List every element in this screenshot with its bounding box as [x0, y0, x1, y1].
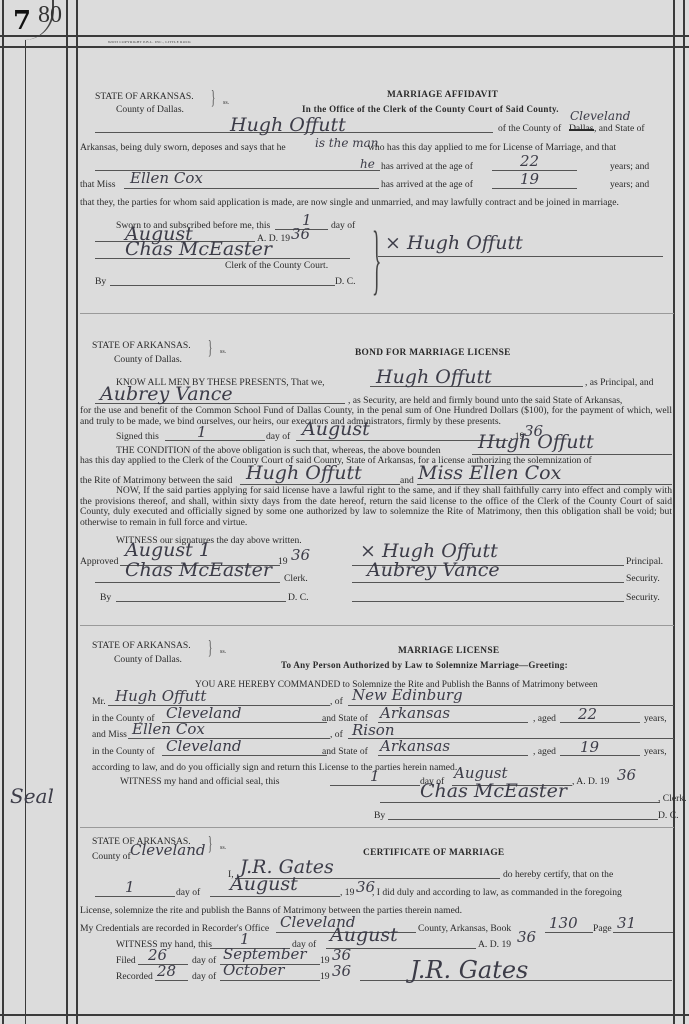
brace: }	[208, 337, 212, 360]
groom-name: Hugh Offutt	[115, 689, 206, 704]
section-title: MARRIAGE AFFIDAVIT	[387, 90, 498, 100]
margin-rule	[25, 40, 26, 1024]
ss-mark: ss.	[220, 649, 226, 655]
bride-county: Cleveland	[166, 739, 242, 754]
clerk-signature: Chas McEaster	[420, 782, 567, 801]
affiant-signature: × Hugh Offutt	[385, 234, 523, 253]
brace: }	[211, 87, 215, 110]
ss-mark: ss.	[220, 845, 226, 851]
bond-now-text: NOW, If the said parties applying for sa…	[80, 486, 672, 529]
security-signature: Aubrey Vance	[367, 561, 500, 580]
recorded-month: October	[223, 963, 284, 978]
page-number-record: 31	[617, 916, 636, 931]
margin-rule	[2, 0, 4, 1024]
clerk-signature: Chas McEaster	[125, 240, 272, 259]
bride-age: 19	[520, 172, 539, 187]
certificate-day: 1	[125, 880, 135, 895]
bond-fund-text: for the use and benefit of the Common Sc…	[80, 406, 672, 427]
witness-month: August	[330, 926, 398, 945]
marriage-record-form: STATE OF ARKANSAS. County of Dallas. } s…	[80, 58, 674, 1018]
certificate-section: STATE OF ARKANSAS. County of Cleveland }…	[80, 828, 674, 1018]
ss-mark: ss.	[223, 100, 229, 106]
state-label: STATE OF ARKANSAS.	[92, 641, 191, 652]
margin-rule	[66, 0, 68, 1024]
bride-town: Rison	[352, 723, 394, 738]
brace: }	[372, 214, 381, 304]
seal-mark: Seal	[10, 786, 54, 806]
signed-month: August	[302, 420, 370, 439]
state-label: STATE OF ARKANSAS.	[92, 341, 191, 352]
ss-mark: ss.	[220, 349, 226, 355]
state-label: STATE OF ARKANSAS.	[95, 92, 194, 103]
strikethrough	[569, 129, 594, 131]
margin-rule	[683, 0, 685, 1024]
groom-age: 22	[520, 154, 539, 169]
brace: }	[208, 637, 212, 660]
license-section: STATE OF ARKANSAS. County of Dallas. } s…	[80, 626, 674, 828]
book-number: 130	[549, 916, 578, 931]
filed-month: September	[223, 947, 307, 962]
page-number: 80	[38, 2, 62, 29]
groom-town: New Edinburg	[352, 688, 463, 703]
groom-county: Cleveland	[166, 706, 242, 721]
witness-month: August	[454, 766, 507, 781]
filed-day: 26	[148, 948, 167, 963]
bounden-name: Hugh Offutt	[478, 433, 594, 452]
header-rule	[0, 46, 689, 48]
witness-day: 1	[370, 769, 380, 784]
bride-state: Arkansas	[380, 739, 450, 754]
certificate-month: August	[230, 875, 298, 894]
brace: }	[208, 833, 212, 856]
signed-day: 1	[197, 425, 207, 440]
bond-section: STATE OF ARKANSAS. County of Dallas. } s…	[80, 314, 674, 626]
volume-marker: 7	[13, 6, 31, 36]
county-label: County of Dallas.	[114, 655, 182, 666]
security-name: Aubrey Vance	[100, 385, 233, 404]
bride-name: Ellen Cox	[130, 171, 203, 186]
groom-name: Hugh Offutt	[246, 464, 362, 483]
section-title: CERTIFICATE OF MARRIAGE	[363, 848, 504, 858]
groom-reference: he	[360, 158, 375, 170]
printer-imprint: 82633 COPYRIGHT P.B.L. INC., LITTLE ROCK	[108, 40, 191, 44]
bride-name: Ellen Cox	[132, 722, 205, 737]
county-label: County of Dallas.	[116, 105, 184, 116]
certificate-county: Cleveland	[130, 843, 206, 858]
county-label: County of Dallas.	[114, 355, 182, 366]
groom-state: Arkansas	[380, 706, 450, 721]
officiant-signature: J.R. Gates	[410, 958, 528, 982]
affidavit-closing: that they, the parties for whom said app…	[80, 197, 672, 209]
bride-name: Miss Ellen Cox	[418, 464, 561, 483]
groom-age: 22	[578, 707, 597, 722]
ledger-page: 7 80 82633 COPYRIGHT P.B.L. INC., LITTLE…	[0, 0, 689, 1024]
section-title: MARRIAGE LICENSE	[398, 646, 499, 656]
section-title: BOND FOR MARRIAGE LICENSE	[355, 348, 511, 358]
clerk-signature: Chas McEaster	[125, 561, 272, 580]
section-subtitle: To Any Person Authorized by Law to Solem…	[281, 661, 568, 671]
margin-rule	[76, 0, 78, 1024]
principal-name: Hugh Offutt	[376, 368, 492, 387]
bride-age: 19	[580, 740, 599, 755]
recorded-day: 28	[157, 964, 176, 979]
affiant-name: Hugh Offutt	[230, 116, 346, 135]
approved-date: August 1	[125, 541, 211, 560]
affidavit-section: STATE OF ARKANSAS. County of Dallas. } s…	[80, 58, 674, 314]
header-rule	[0, 35, 689, 37]
county-correction: Cleveland	[570, 110, 630, 122]
